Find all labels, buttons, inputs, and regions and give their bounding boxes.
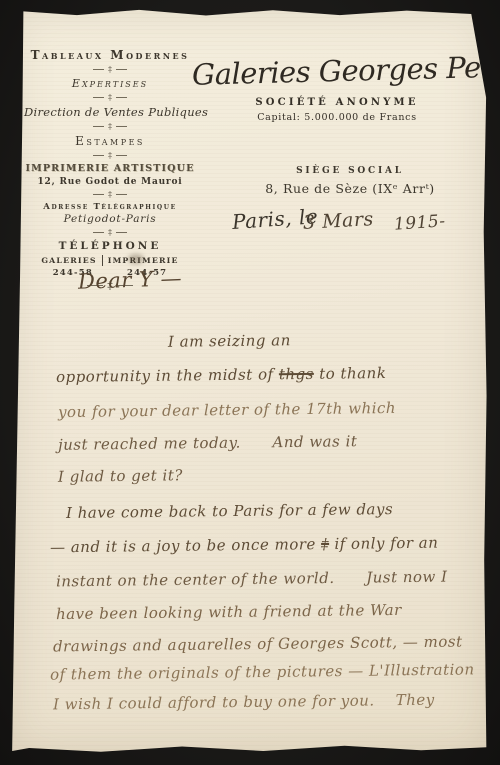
- cross-ornament-icon: ‡: [24, 92, 196, 103]
- struck-out-word: thgs: [279, 365, 314, 383]
- letter-line: opportunity in the midst of thgs to than…: [56, 366, 387, 385]
- letter-line: — and it is a joy to be once more ‡ if o…: [50, 536, 439, 556]
- telegraph-address-label: Adresse Télégraphique: [24, 202, 196, 212]
- siege-social-block: SIÈGE SOCIAL 8, Rue de Sèze (IXᵉ Arrᵗ): [238, 166, 462, 196]
- letter-line: have been looking with a friend at the W…: [56, 603, 402, 622]
- societe-anonyme-label: SOCIÉTÉ ANONYME: [192, 97, 482, 108]
- dateline-handwritten-date: 3 Mars: [302, 208, 374, 234]
- telephone-columns: GALERIES IMPRIMERIE: [24, 255, 196, 266]
- photo-backdrop: Tableaux Modernes ‡ Expertises ‡ Directi…: [0, 0, 500, 765]
- imprimerie-artistique-label: IMPRIMERIE ARTISTIQUE: [24, 163, 196, 174]
- cross-ornament-icon: ‡: [24, 64, 196, 75]
- imprimerie-address: 12, Rue Godot de Mauroi: [24, 177, 196, 187]
- line-text: opportunity in the midst of: [56, 365, 279, 386]
- line-text: — and it is a joy to be once more: [50, 535, 321, 556]
- letter-paper: Tableaux Modernes ‡ Expertises ‡ Directi…: [10, 8, 488, 754]
- letterhead-masthead: Galeries Georges Petit SOCIÉTÉ ANONYME C…: [192, 54, 482, 123]
- siege-social-label: SIÈGE SOCIAL: [238, 166, 462, 176]
- letter-line: of them the originals of the pictures — …: [50, 662, 475, 682]
- capital-label: Capital: 5.000.000 de Francs: [192, 112, 482, 123]
- gallery-name: Galeries Georges Petit: [192, 50, 483, 92]
- letter-line: instant on the center of the world. Just…: [56, 570, 448, 590]
- ink-smudge: [128, 254, 144, 264]
- letter-line: I wish I could afford to buy one for you…: [53, 693, 435, 713]
- cross-ornament-icon: ‡: [24, 227, 196, 238]
- cross-ornament-icon: ‡: [24, 189, 196, 200]
- letter-line: I have come back to Paris for a few days: [66, 502, 393, 521]
- line-text: if only for an: [329, 534, 438, 553]
- salutation: Dear Y —: [78, 266, 183, 294]
- letter-line: I glad to get it?: [58, 468, 183, 485]
- cross-ornament-icon: ‡: [24, 150, 196, 161]
- column-divider: [102, 255, 103, 266]
- letterhead-sidebar: Tableaux Modernes ‡ Expertises ‡ Directi…: [24, 48, 196, 293]
- line-text: to thank: [314, 364, 387, 383]
- siege-social-address: 8, Rue de Sèze (IXᵉ Arrᵗ): [238, 181, 462, 196]
- dateline-handwritten-year: 1915-: [393, 211, 446, 235]
- telegraph-address-value: Petigodot-Paris: [24, 213, 196, 225]
- letter-line: drawings and aquarelles of Georges Scott…: [53, 634, 463, 654]
- telephone-label: TÉLÉPHONE: [24, 240, 196, 252]
- letter-line: I am seizing an: [168, 333, 291, 349]
- letter-line: you for your dear letter of the 17th whi…: [58, 401, 396, 420]
- estampes-label: Estampes: [24, 134, 196, 148]
- direction-ventes-label: Direction de Ventes Publiques: [24, 105, 196, 119]
- tableaux-modernes-label: Tableaux Modernes: [24, 48, 196, 62]
- cross-ornament-icon: ‡: [24, 121, 196, 132]
- letter-line: just reached me today. And was it: [58, 434, 358, 453]
- expertises-label: Expertises: [24, 77, 196, 90]
- telephone-col-galeries: GALERIES: [41, 256, 96, 265]
